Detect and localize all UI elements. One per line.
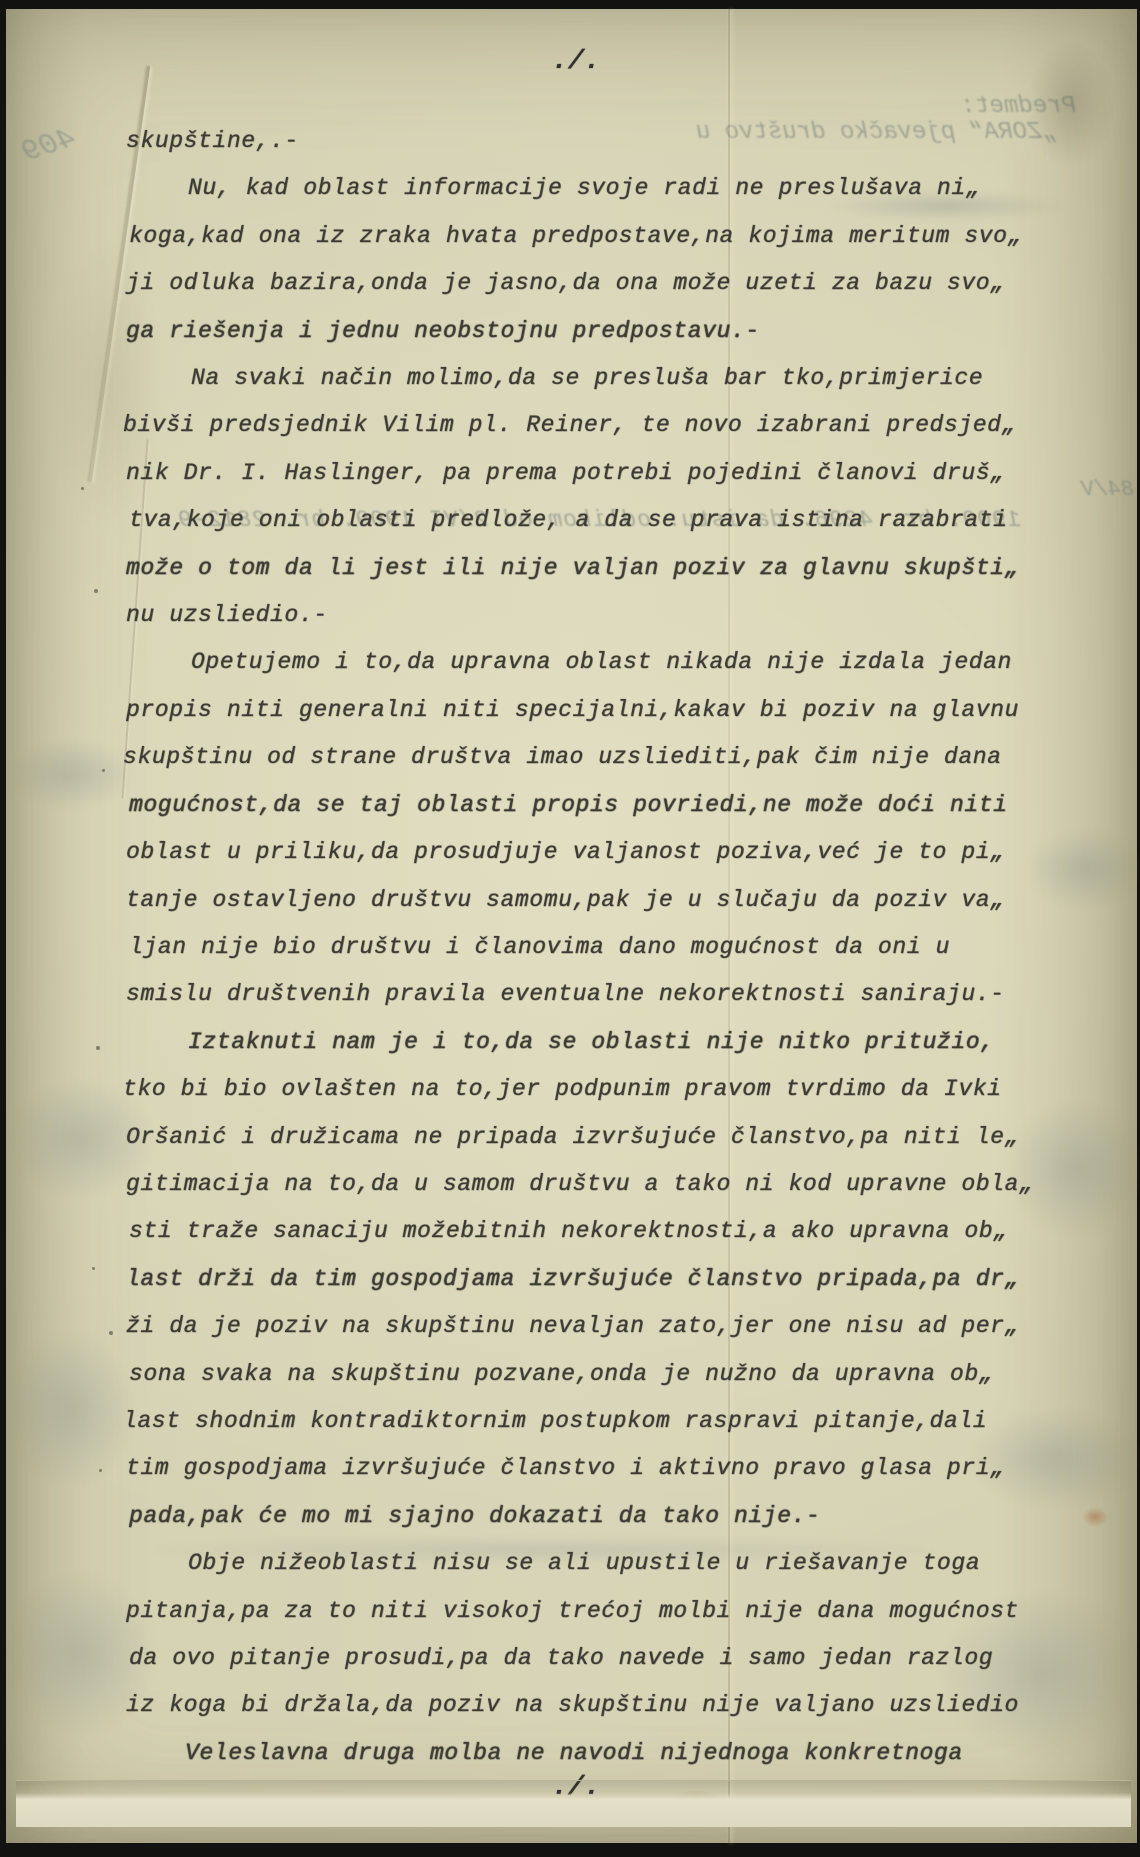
typed-line: tko bi bio ovlašten na to,jer podpunim p… bbox=[123, 1066, 1056, 1113]
paper-speck bbox=[102, 769, 105, 772]
document-scan: 409 Predmet: „ZORA“ pjevačko društvo u 1… bbox=[0, 0, 1140, 1857]
typed-line: sti traže sanaciju možebitnih nekorektno… bbox=[129, 1208, 1056, 1255]
typed-line: Iztaknuti nam je i to,da se oblasti nije… bbox=[126, 1019, 1056, 1066]
typed-line: ga riešenja i jednu neobstojnu predposta… bbox=[126, 308, 1056, 355]
bleedthrough-subject-label: Predmet: bbox=[886, 93, 1076, 120]
typed-line: ji odluka bazira,onda je jasno,da ona mo… bbox=[126, 260, 1056, 307]
typed-line: Oršanić i družicama ne pripada izvršujuć… bbox=[126, 1114, 1056, 1161]
bleedthrough-smudge bbox=[6, 1329, 136, 1489]
typed-line: bivši predsjednik Vilim pl. Reiner, te n… bbox=[123, 402, 1056, 449]
typed-line: koga,kad ona iz zraka hvata predpostave,… bbox=[129, 213, 1056, 260]
typed-line: pada,pak će mo mi sjajno dokazati da tak… bbox=[129, 1493, 1056, 1540]
typed-line: iz koga bi držala,da poziv na skupštinu … bbox=[126, 1682, 1056, 1729]
typed-line: tim gospodjama izvršujuće članstvo i akt… bbox=[126, 1445, 1056, 1492]
bleedthrough-smudge bbox=[6, 739, 136, 809]
typed-line: tanje ostavljeno društvu samomu,pak je u… bbox=[126, 877, 1056, 924]
typed-line: Veleslavna druga molba ne navodi nijedno… bbox=[123, 1730, 1056, 1777]
paper-speck bbox=[94, 589, 98, 593]
paper-speck bbox=[99, 1469, 102, 1472]
typed-body: skupštine,.-Nu, kad oblast informacije s… bbox=[126, 118, 1056, 1777]
typed-line: smislu društvenih pravila eventualne nek… bbox=[126, 971, 1056, 1018]
typed-line: pitanja,pa za to niti visokoj trećoj mol… bbox=[126, 1588, 1056, 1635]
typed-line: nu uzsliedio.- bbox=[126, 592, 1056, 639]
typed-line: ži da je poziv na skupštinu nevaljan zat… bbox=[126, 1303, 1056, 1350]
typed-line: skupštinu od strane društva imao uzslied… bbox=[123, 734, 1056, 781]
typed-line: Nu, kad oblast informacije svoje radi ne… bbox=[126, 165, 1056, 212]
bleedthrough-corner-number: 409 bbox=[18, 121, 80, 170]
page-bottom-edge bbox=[16, 1780, 1131, 1827]
typed-line: tva,koje oni oblasti predlože, a da se p… bbox=[129, 497, 1056, 544]
page-continuation-mark-top: ./. bbox=[476, 47, 676, 77]
typed-line: sona svaka na skupštinu pozvane,onda je … bbox=[129, 1351, 1056, 1398]
scanned-page: 409 Predmet: „ZORA“ pjevačko društvo u 1… bbox=[6, 9, 1137, 1843]
paper-speck bbox=[96, 1046, 100, 1050]
paper-speck bbox=[92, 1267, 95, 1270]
typed-line: propis niti generalni niti specijalni,ka… bbox=[126, 687, 1056, 734]
typed-line: da ovo pitanje prosudi,pa da tako navede… bbox=[129, 1635, 1056, 1682]
typed-line: last drži da tim gospodjama izvršujuće č… bbox=[126, 1256, 1056, 1303]
paper-speck bbox=[81, 487, 84, 490]
typed-line: oblast u priliku,da prosudjuje valjanost… bbox=[126, 829, 1056, 876]
typed-line: Obje nižeoblasti nisu se ali upustile u … bbox=[126, 1540, 1056, 1587]
typed-line: skupštine,.- bbox=[126, 118, 1056, 165]
paper-speck bbox=[109, 1331, 113, 1335]
typed-line: ljan nije bio društvu i članovima dano m… bbox=[129, 924, 1056, 971]
paper-stain bbox=[1082, 1507, 1108, 1527]
typed-line: Na svaki način molimo,da se presluša bar… bbox=[129, 355, 1056, 402]
typed-line: Opetujemo i to,da upravna oblast nikada … bbox=[129, 639, 1056, 686]
typed-line: mogućnost,da se taj oblasti propis povri… bbox=[129, 782, 1056, 829]
typed-line: last shodnim kontradiktornim postupkom r… bbox=[123, 1398, 1056, 1445]
typed-line: gitimacija na to,da u samom društvu a ta… bbox=[126, 1161, 1056, 1208]
typed-line: može o tom da li jest ili nije valjan po… bbox=[126, 545, 1056, 592]
typed-line: nik Dr. I. Haslinger, pa prema potrebi p… bbox=[126, 450, 1056, 497]
